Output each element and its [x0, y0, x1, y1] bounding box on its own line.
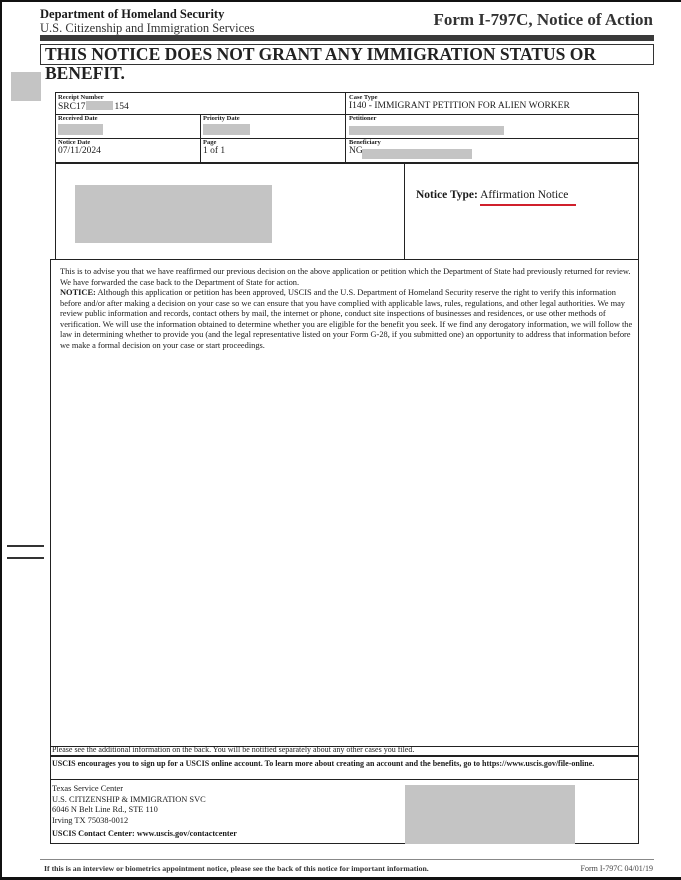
table-divider: [200, 114, 201, 164]
notice-date-field: Notice Date 07/11/2024: [58, 139, 101, 156]
page-edge-left: [0, 0, 2, 880]
notice-heading: NOTICE:: [60, 288, 96, 297]
body-paragraph-notice: NOTICE: Although this application or pet…: [60, 288, 638, 351]
notice-type-value: Affirmation Notice: [480, 189, 568, 201]
fold-mark: [7, 545, 44, 547]
page-field: Page 1 of 1: [203, 139, 225, 156]
contact-center-link[interactable]: USCIS Contact Center: www.uscis.gov/cont…: [52, 829, 237, 838]
notice-type-label: Notice Type:: [416, 189, 478, 201]
form-version: Form I-797C 04/01/19: [581, 864, 653, 873]
receipt-number-suffix: 154: [114, 102, 128, 112]
status-disclaimer-banner: THIS NOTICE DOES NOT GRANT ANY IMMIGRATI…: [40, 44, 654, 65]
redacted-petitioner: [349, 126, 504, 135]
priority-date-field: Priority Date: [203, 115, 240, 122]
received-date-field: Received Date: [58, 115, 98, 122]
agency-name: U.S. Citizenship and Immigration Service…: [40, 21, 255, 35]
receipt-number-field: Receipt Number SRC17154: [58, 94, 129, 112]
agency-header: Department of Homeland Security U.S. Cit…: [40, 7, 255, 35]
fold-mark: [7, 557, 44, 559]
redacted-barcode: [405, 785, 575, 844]
service-center-address: Texas Service Center U.S. CITIZENSHIP & …: [52, 784, 206, 827]
notice-body: This is to advise you that we have reaff…: [60, 267, 638, 351]
notice-type: Notice Type: Affirmation Notice: [416, 189, 568, 201]
page-edge-top: [0, 0, 681, 2]
redacted-received-date: [58, 124, 103, 135]
form-title: Form I-797C, Notice of Action: [433, 10, 653, 30]
redacted-mailing-address: [75, 185, 272, 243]
additional-info-text: Please see the additional information on…: [52, 745, 414, 754]
table-divider: [55, 114, 639, 115]
bottom-note: If this is an interview or biometrics ap…: [44, 864, 429, 873]
bottom-rule: [40, 859, 654, 860]
redacted-priority-date: [203, 124, 250, 135]
red-underline-annotation: [480, 204, 576, 206]
department-name: Department of Homeland Security: [40, 7, 255, 21]
mailing-block-divider: [404, 162, 405, 260]
online-account-text: USCIS encourages you to sign up for a US…: [52, 759, 612, 769]
case-type-field: Case Type I140 - IMMIGRANT PETITION FOR …: [349, 94, 570, 111]
redacted-beneficiary: [362, 149, 472, 159]
body-paragraph-1: This is to advise you that we have reaff…: [60, 267, 638, 288]
petitioner-field: Petitioner: [349, 115, 376, 122]
table-divider: [55, 138, 639, 139]
table-divider: [345, 92, 346, 164]
redacted-receipt-digits: [86, 101, 113, 110]
receipt-number-prefix: SRC17: [58, 102, 85, 112]
header-divider-bar: [40, 35, 654, 41]
redacted-block: [11, 72, 41, 101]
